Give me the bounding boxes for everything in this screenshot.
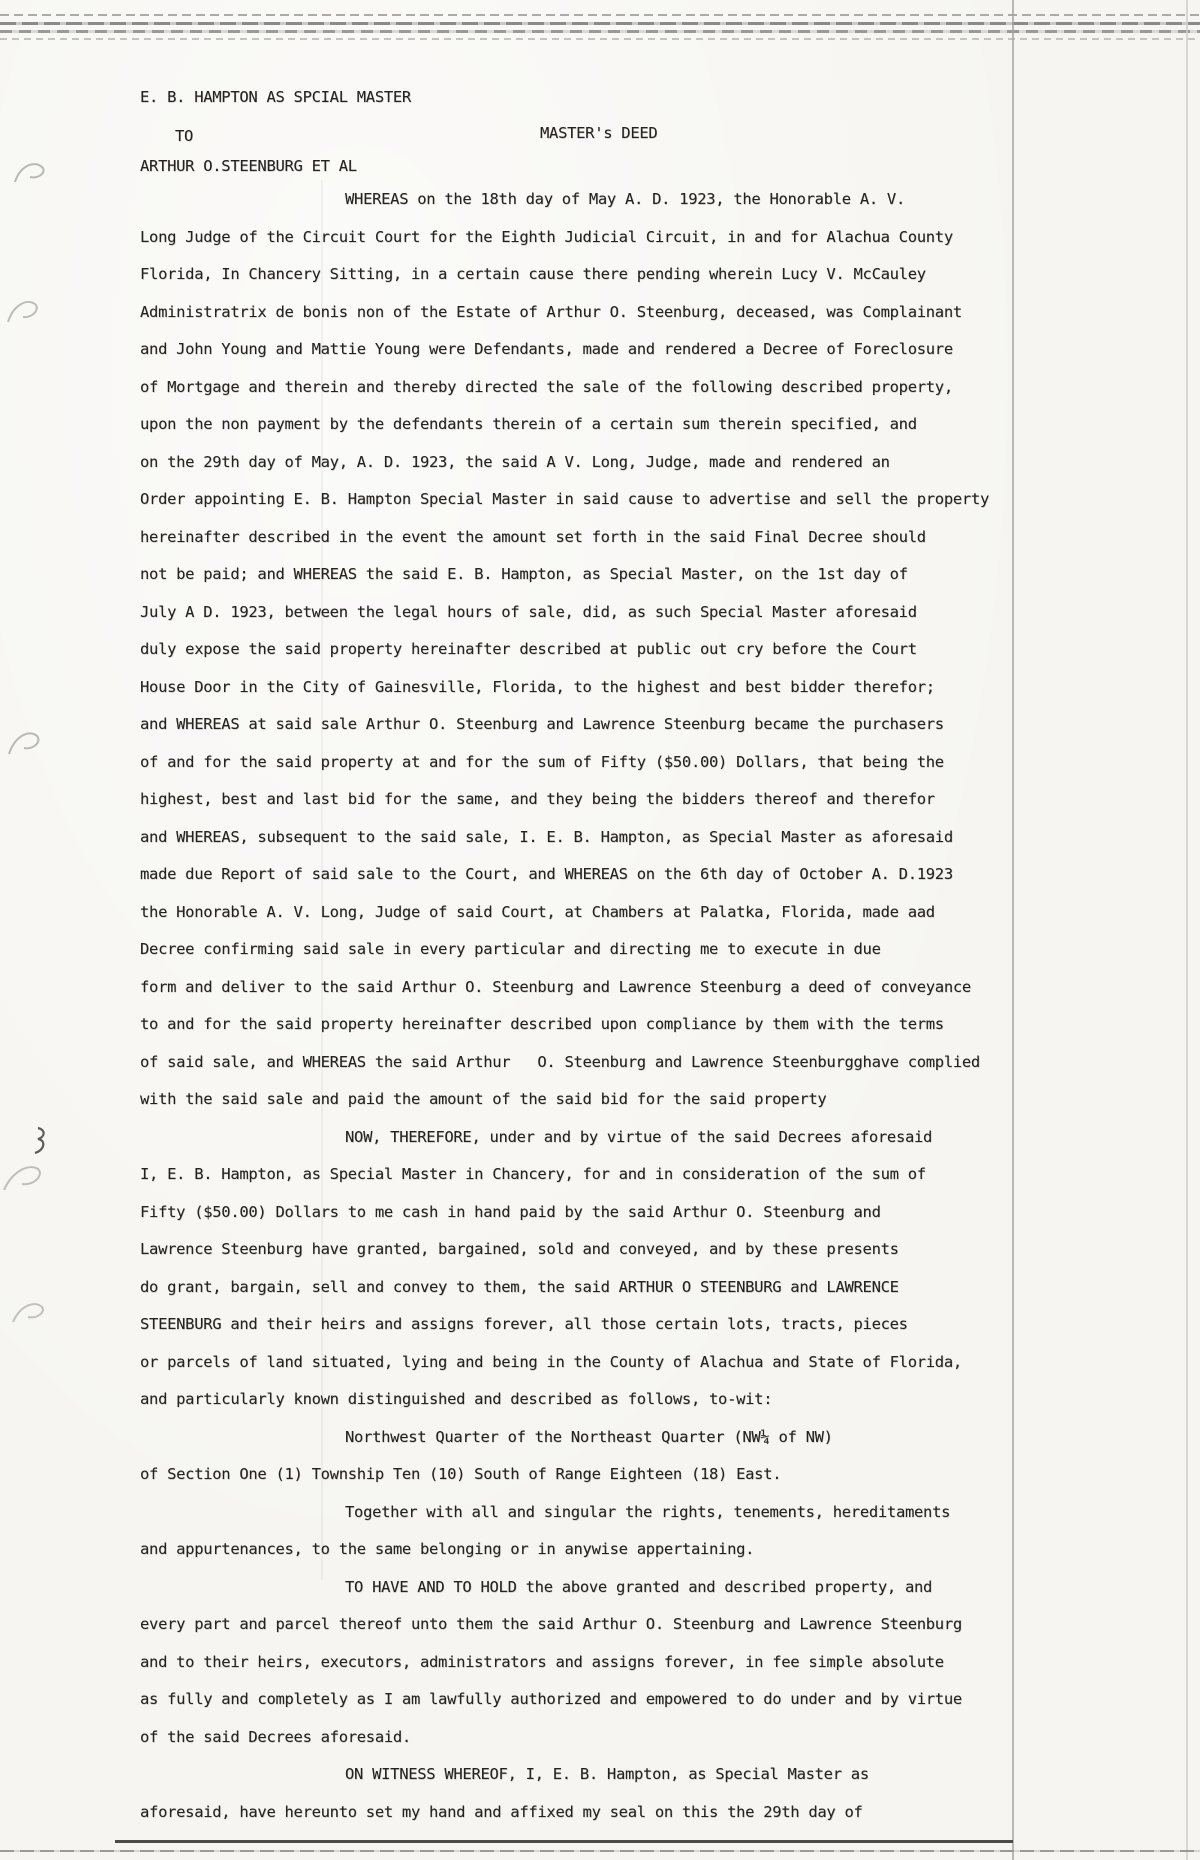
doc-line: Lawrence Steenburg have granted, bargain… bbox=[140, 1231, 1015, 1269]
margin-scribble-1 bbox=[12, 158, 50, 186]
doc-line: and appurtenances, to the same belonging… bbox=[140, 1531, 1015, 1569]
margin-scribble-5 bbox=[2, 1160, 46, 1194]
bottom-rule bbox=[115, 1840, 1013, 1843]
doc-line: Florida, In Chancery Sitting, in a certa… bbox=[140, 256, 1015, 294]
doc-line: of Section One (1) Township Ten (10) Sou… bbox=[140, 1456, 1015, 1494]
doc-line: on the 29th day of May, A. D. 1923, the … bbox=[140, 444, 1015, 482]
doc-line: aforesaid, have hereunto set my hand and… bbox=[140, 1794, 1015, 1832]
doc-line: and to their heirs, executors, administr… bbox=[140, 1644, 1015, 1682]
doc-line: Administratrix de bonis non of the Estat… bbox=[140, 294, 1015, 332]
doc-line: the Honorable A. V. Long, Judge of said … bbox=[140, 894, 1015, 932]
document-body: WHEREAS on the 18th day of May A. D. 192… bbox=[140, 181, 1015, 1831]
doc-line: Order appointing E. B. Hampton Special M… bbox=[140, 481, 1015, 519]
doc-line: or parcels of land situated, lying and b… bbox=[140, 1344, 1015, 1382]
doc-line: form and deliver to the said Arthur O. S… bbox=[140, 969, 1015, 1007]
doc-line: of Mortgage and therein and thereby dire… bbox=[140, 369, 1015, 407]
doc-line: I, E. B. Hampton, as Special Master in C… bbox=[140, 1156, 1015, 1194]
margin-scribble-3 bbox=[6, 726, 44, 758]
doc-line: NOW, THEREFORE, under and by virtue of t… bbox=[140, 1119, 1015, 1157]
scan-streak-top-1 bbox=[0, 14, 1200, 16]
scan-streak-top-2 bbox=[0, 22, 1200, 25]
doc-line: duly expose the said property hereinafte… bbox=[140, 631, 1015, 669]
margin-scribble-2 bbox=[6, 296, 42, 326]
doc-line: ON WITNESS WHEREOF, I, E. B. Hampton, as… bbox=[140, 1756, 1015, 1794]
doc-line: every part and parcel thereof unto them … bbox=[140, 1606, 1015, 1644]
doc-line: Fifty ($50.00) Dollars to me cash in han… bbox=[140, 1194, 1015, 1232]
document-title: MASTER's DEED bbox=[540, 124, 657, 142]
doc-line: not be paid; and WHEREAS the said E. B. … bbox=[140, 556, 1015, 594]
bottom-scan-streak bbox=[0, 1850, 1200, 1852]
doc-line: Together with all and singular the right… bbox=[140, 1494, 1015, 1532]
doc-line: July A D. 1923, between the legal hours … bbox=[140, 594, 1015, 632]
doc-line: do grant, bargain, sell and convey to th… bbox=[140, 1269, 1015, 1307]
document-page: E. B. HAMPTON AS SPCIAL MASTER TO MASTER… bbox=[0, 0, 1200, 1860]
doc-line: with the said sale and paid the amount o… bbox=[140, 1081, 1015, 1119]
header-grantor: E. B. HAMPTON AS SPCIAL MASTER bbox=[140, 88, 411, 106]
header-grantee: ARTHUR O.STEENBURG ET AL bbox=[140, 157, 357, 175]
doc-line: of and for the said property at and for … bbox=[140, 744, 1015, 782]
margin-scribble-6 bbox=[10, 1298, 48, 1326]
doc-line: and John Young and Mattie Young were Def… bbox=[140, 331, 1015, 369]
doc-line: upon the non payment by the defendants t… bbox=[140, 406, 1015, 444]
doc-line: of the said Decrees aforesaid. bbox=[140, 1719, 1015, 1757]
doc-line: and particularly known distinguished and… bbox=[140, 1381, 1015, 1419]
doc-line: Northwest Quarter of the Northeast Quart… bbox=[140, 1419, 1015, 1457]
margin-scribble-4 bbox=[30, 1126, 50, 1156]
scan-streak-top-3 bbox=[0, 30, 1200, 33]
doc-line: hereinafter described in the event the a… bbox=[140, 519, 1015, 557]
doc-line: WHEREAS on the 18th day of May A. D. 192… bbox=[140, 181, 1015, 219]
doc-line: and WHEREAS at said sale Arthur O. Steen… bbox=[140, 706, 1015, 744]
doc-line: Decree confirming said sale in every par… bbox=[140, 931, 1015, 969]
doc-line: STEENBURG and their heirs and assigns fo… bbox=[140, 1306, 1015, 1344]
doc-line: and WHEREAS, subsequent to the said sale… bbox=[140, 819, 1015, 857]
page-edge-line bbox=[1186, 0, 1188, 1860]
doc-line: to and for the said property hereinafter… bbox=[140, 1006, 1015, 1044]
header-to-label: TO bbox=[175, 127, 193, 145]
scan-streak-top-4 bbox=[0, 38, 1200, 40]
doc-line: highest, best and last bid for the same,… bbox=[140, 781, 1015, 819]
doc-line: Long Judge of the Circuit Court for the … bbox=[140, 219, 1015, 257]
doc-line: as fully and completely as I am lawfully… bbox=[140, 1681, 1015, 1719]
doc-line: made due Report of said sale to the Cour… bbox=[140, 856, 1015, 894]
doc-line: TO HAVE AND TO HOLD the above granted an… bbox=[140, 1569, 1015, 1607]
doc-line: of said sale, and WHEREAS the said Arthu… bbox=[140, 1044, 1015, 1082]
doc-line: House Door in the City of Gainesville, F… bbox=[140, 669, 1015, 707]
